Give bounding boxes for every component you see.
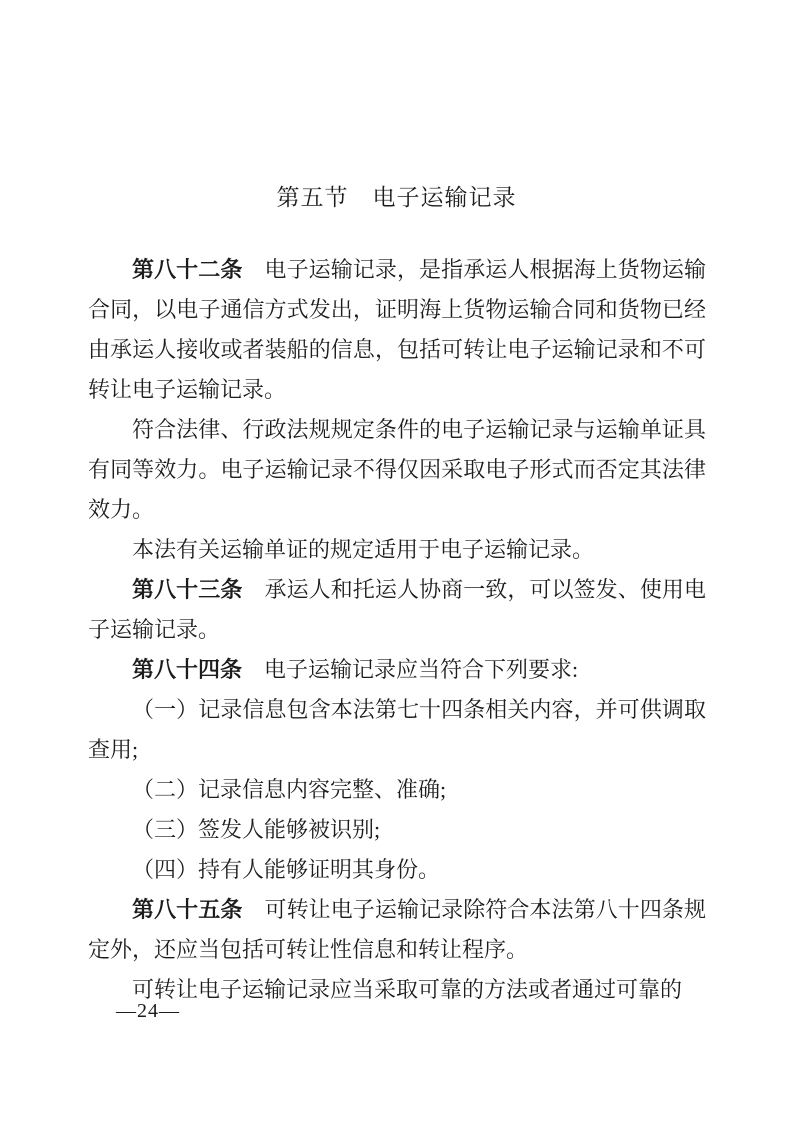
- paragraph-text: 电子运输记录应当符合下列要求:: [242, 657, 578, 682]
- article-84-number: 第八十四条: [132, 657, 242, 682]
- article-85-number: 第八十五条: [132, 897, 242, 922]
- document-body: 第八十二条 电子运输记录，是指承运人根据海上货物运输合同，以电子通信方式发出，证…: [88, 250, 706, 1010]
- paragraph-article-82: 第八十二条 电子运输记录，是指承运人根据海上货物运输合同，以电子通信方式发出，证…: [88, 250, 706, 410]
- paragraph-text: 可转让电子运输记录应当采取可靠的方法或者通过可靠的: [132, 977, 682, 1002]
- paragraph-text: （四）持有人能够证明其身份。: [132, 857, 440, 882]
- paragraph-text: 本法有关运输单证的规定适用于电子运输记录。: [132, 537, 594, 562]
- paragraph-text: 符合法律、行政法规规定条件的电子运输记录与运输单证具有同等效力。电子运输记录不得…: [88, 417, 706, 522]
- page-number: —24—: [116, 999, 180, 1023]
- article-83-number: 第八十三条: [132, 577, 242, 602]
- list-item-4: （四）持有人能够证明其身份。: [88, 850, 706, 890]
- list-item-2: （二）记录信息内容完整、准确;: [88, 770, 706, 810]
- paragraph-applicability: 本法有关运输单证的规定适用于电子运输记录。: [88, 530, 706, 570]
- article-82-number: 第八十二条: [132, 257, 242, 282]
- paragraph-article-84: 第八十四条 电子运输记录应当符合下列要求:: [88, 650, 706, 690]
- paragraph-text: （二）记录信息内容完整、准确;: [132, 777, 446, 802]
- section-title: 第五节 电子运输记录: [0, 0, 793, 212]
- list-item-3: （三）签发人能够被识别;: [88, 810, 706, 850]
- list-item-1: （一）记录信息包含本法第七十四条相关内容，并可供调取查用;: [88, 690, 706, 770]
- paragraph-legal-effect: 符合法律、行政法规规定条件的电子运输记录与运输单证具有同等效力。电子运输记录不得…: [88, 410, 706, 530]
- paragraph-article-85: 第八十五条 可转让电子运输记录除符合本法第八十四条规定外，还应当包括可转让性信息…: [88, 890, 706, 970]
- paragraph-article-83: 第八十三条 承运人和托运人协商一致，可以签发、使用电子运输记录。: [88, 570, 706, 650]
- paragraph-transfer-method: 可转让电子运输记录应当采取可靠的方法或者通过可靠的: [88, 970, 706, 1010]
- document-page: 第五节 电子运输记录 第八十二条 电子运输记录，是指承运人根据海上货物运输合同，…: [0, 0, 793, 1122]
- paragraph-text: （一）记录信息包含本法第七十四条相关内容，并可供调取查用;: [88, 697, 706, 762]
- paragraph-text: （三）签发人能够被识别;: [132, 817, 380, 842]
